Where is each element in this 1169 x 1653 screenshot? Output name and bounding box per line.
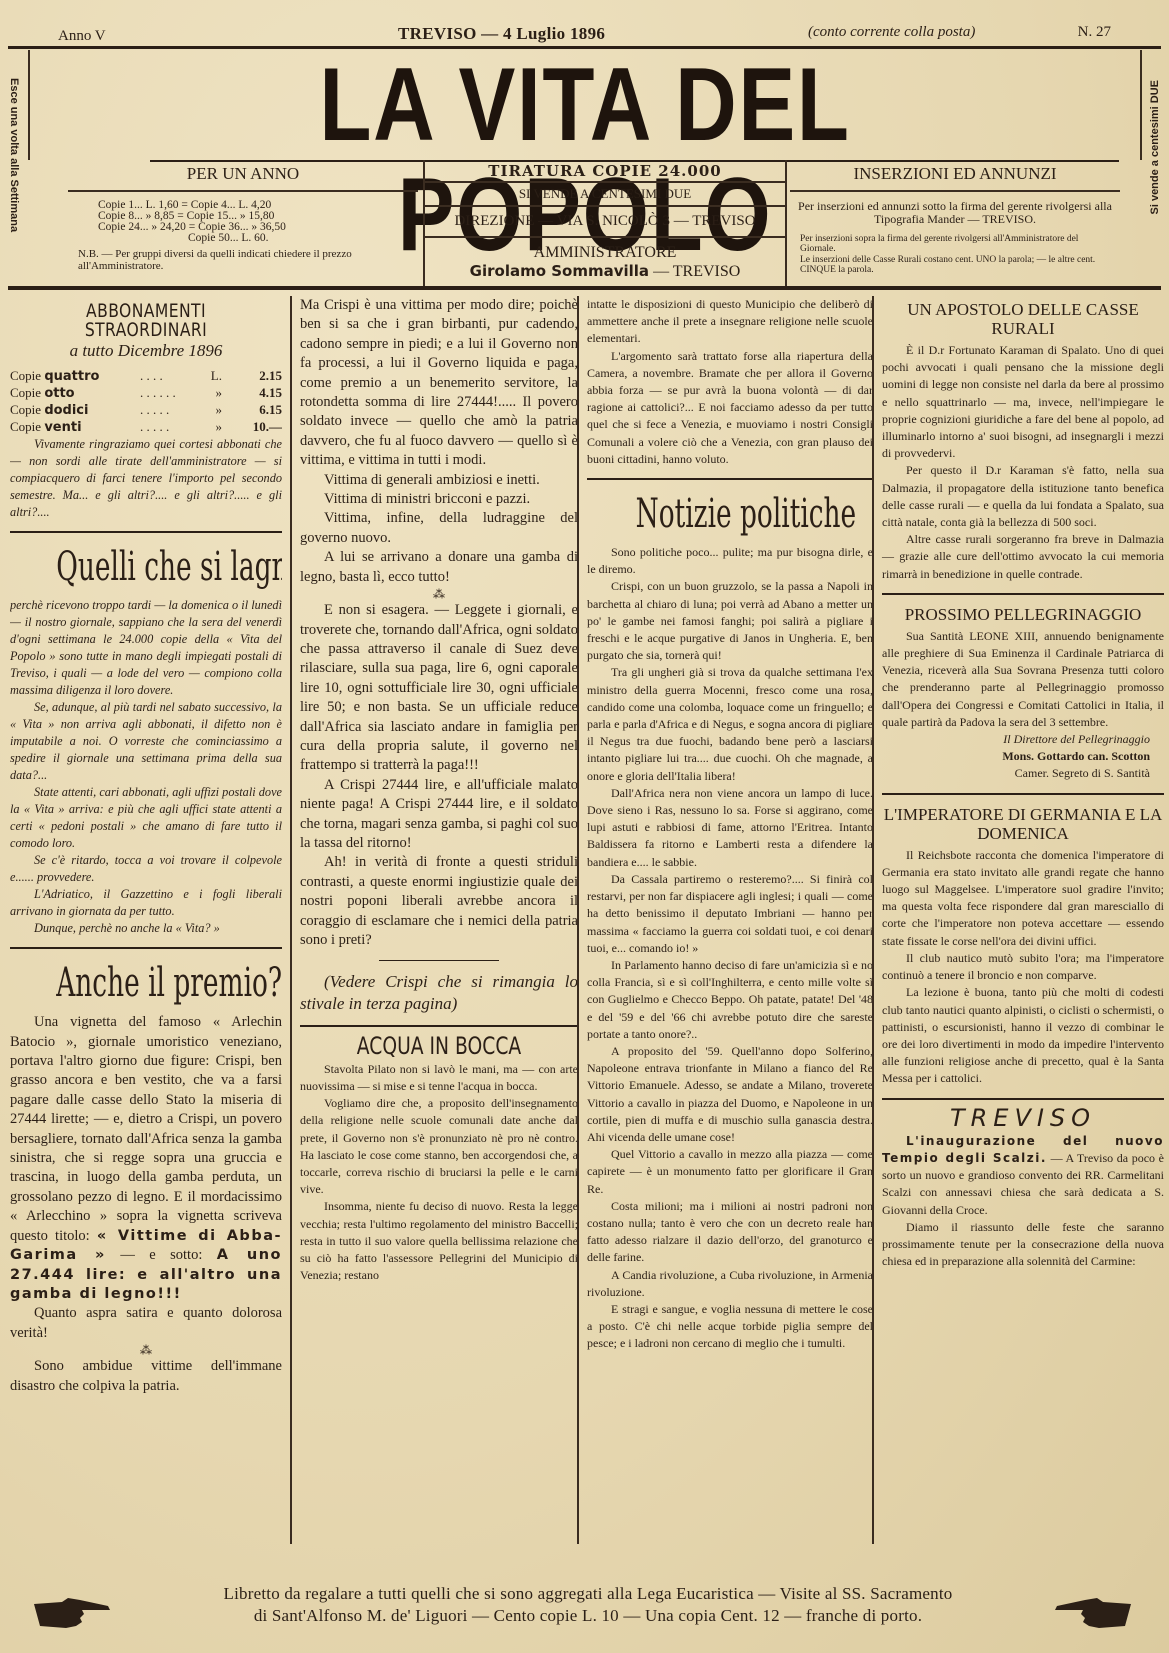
paragraph: Dall'Africa nera non viene ancora un lam…	[587, 785, 873, 871]
paragraph: Se c'è ritardo, tocca a voi trovare il c…	[10, 852, 282, 886]
administrator-city: — TREVISO	[653, 263, 740, 280]
paragraph: Diamo il riassunto delle feste che saran…	[882, 1219, 1164, 1271]
signature-role: Camer. Segreto di S. Santità	[882, 765, 1164, 782]
paragraph: A proposito del '59. Quell'anno dopo Sol…	[587, 1043, 873, 1146]
insertions-heading: INSERZIONI ED ANNUNZI	[790, 160, 1120, 192]
frequency-note: Esce una volta alla Settimana	[8, 78, 20, 232]
sale-price: SI VENDE A CENTESIMI DUE	[425, 183, 785, 207]
date-line: TREVISO — 4 Luglio 1896	[398, 24, 605, 44]
paragraph: Vittima di generali ambiziosi e inetti.	[300, 471, 578, 490]
paragraph: Una vignetta del famoso « Arlechin Batoc…	[10, 1013, 282, 1304]
paragraph: Costa milioni; ma i milioni ai nostri pa…	[587, 1198, 873, 1267]
paragraph: L'inaugurazione del nuovo Tempio degli S…	[882, 1133, 1164, 1219]
article-subheading: a tutto Dicembre 1896	[10, 341, 282, 360]
paragraph: perchè ricevono troppo tardi — la domeni…	[10, 597, 282, 699]
article-heading: ABBONAMENTI STRAORDINARI	[34, 302, 257, 341]
divider	[882, 1098, 1164, 1100]
pointing-hand-icon	[1053, 1596, 1133, 1630]
administrator-name: Girolamo Sommavilla	[470, 262, 649, 280]
paragraph: Tra gli ungheri già si trova da qualche …	[587, 664, 873, 784]
paragraph: Per questo il D.r Karaman s'è fatto, nel…	[882, 462, 1164, 531]
paragraph: State attenti, cari abbonati, agli uffiz…	[10, 784, 282, 852]
paragraph: Vittima, infine, della ludraggine del go…	[300, 509, 578, 548]
paragraph: Quanto aspra satira e quanto dolorosa ve…	[10, 1304, 282, 1343]
price-note: Si vende a centesimi DUE	[1149, 80, 1161, 215]
column-1: ABBONAMENTI STRAORDINARI a tutto Dicembr…	[10, 296, 282, 1544]
divider	[10, 947, 282, 949]
insertions-text: Per inserzioni ed annunzi sotto la firma…	[790, 192, 1120, 228]
paragraph: Il club nautico mutò subito l'ora; ma l'…	[882, 950, 1164, 984]
article-heading: Notizie politiche	[636, 490, 825, 538]
insertions-box: INSERZIONI ED ANNUNZI Per inserzioni ed …	[790, 160, 1120, 286]
paragraph: Dunque, perchè no anche la « Vita? »	[10, 920, 282, 937]
asterism: ⁂	[300, 587, 578, 601]
direction-address: DIREZIONE — VIA S. NICOLÒ 3 — TREVISO	[425, 207, 785, 238]
paragraph: Ma Crispi è una vittima per modo dire; p…	[300, 296, 578, 471]
table-row: Copie dodici. . . . .»6.15	[10, 402, 282, 419]
main-rule	[8, 286, 1161, 290]
signature-title: Il Direttore del Pellegrinaggio	[882, 731, 1164, 748]
divider	[882, 793, 1164, 795]
paragraph: E stragi e sangue, e voglia nessuna di m…	[587, 1301, 873, 1353]
paragraph: Vogliamo dire che, a proposito dell'inse…	[300, 1095, 578, 1198]
circulation: TIRATURA COPIE 24.000	[425, 160, 785, 183]
table-row: Copie venti. . . . .»10.—	[10, 419, 282, 436]
paragraph: Sono politiche poco... pulite; ma pur bi…	[587, 544, 873, 578]
issue-info-line: Anno V TREVISO — 4 Luglio 1896 (conto co…	[58, 22, 1111, 46]
table-row: Copie otto. . . . . .»4.15	[10, 385, 282, 402]
asterism: ⁂	[10, 1343, 282, 1357]
paragraph: Il Reichsbote racconta che domenica l'im…	[882, 847, 1164, 950]
subscription-box: PER UN ANNO Copie 1... L. 1,60 = Copie 4…	[68, 160, 418, 286]
postal-note: (conto corrente colla posta)	[808, 24, 975, 41]
column-4: UN APOSTOLO DELLE CASSE RURALI È il D.r …	[872, 296, 1164, 1544]
section-heading: TREVISO	[882, 1110, 1164, 1127]
paragraph: Sua Santità LEONE XIII, annuendo benigna…	[882, 628, 1164, 731]
cross-reference-note: (Vedere Crispi che si rimangia lo stival…	[300, 971, 578, 1015]
paragraph: E non si esagera. — Leggete i giornali, …	[300, 601, 578, 776]
article-heading: PROSSIMO PELLEGRINAGGIO	[882, 605, 1164, 624]
divider	[10, 531, 282, 533]
paragraph: Da Cassala partiremo o resteremo?.... Si…	[587, 871, 873, 957]
paragraph: A lui se arrivano a donare una gamba di …	[300, 548, 578, 587]
administrator: AMMINISTRATORE Girolamo Sommavilla — TRE…	[425, 238, 785, 281]
divider	[882, 593, 1164, 595]
article-heading: UN APOSTOLO DELLE CASSE RURALI	[882, 300, 1164, 338]
paragraph: Altre casse rurali sorgeranno fra breve …	[882, 531, 1164, 583]
circulation-box: TIRATURA COPIE 24.000 SI VENDE A CENTESI…	[423, 160, 787, 286]
price-row: Copie 50... L. 60.	[98, 233, 412, 244]
masthead: LA VITA DEL POPOLO	[28, 50, 1142, 160]
info-row: PER UN ANNO Copie 1... L. 1,60 = Copie 4…	[28, 160, 1138, 286]
nb-note: N.B. — Per gruppi diversi da quelli indi…	[68, 244, 418, 272]
paragraph: Quel Vittorio a cavallo in mezzo alla pi…	[587, 1146, 873, 1198]
footer-line: Libretto da regalare a tutti quelli che …	[118, 1584, 1058, 1604]
issue-number: N. 27	[1078, 24, 1111, 41]
table-row: Copie quattro. . . .L.2.15	[10, 368, 282, 385]
pointing-hand-icon	[32, 1596, 112, 1630]
year-volume: Anno V	[58, 28, 106, 45]
paragraph: Insomma, niente fu deciso di nuovo. Rest…	[300, 1198, 578, 1284]
article-heading: Anche il premio?	[56, 959, 236, 1007]
paragraph: L'argomento sarà trattato forse alla ria…	[587, 348, 873, 468]
paragraph: Stavolta Pilato non si lavò le mani, ma …	[300, 1061, 578, 1095]
divider	[379, 960, 499, 961]
paragraph: Vittima di ministri bricconi e pazzi.	[300, 490, 578, 509]
signature-name: Mons. Gottardo can. Scotton	[882, 748, 1164, 765]
paragraph: A Crispi 27444 lire, e all'ufficiale mal…	[300, 776, 578, 854]
paragraph: Vivamente ringraziamo quei cortesi abbon…	[10, 436, 282, 521]
paragraph: In Parlamento hanno deciso di fare un'am…	[587, 957, 873, 1043]
article-heading: ACQUA IN BOCCA	[331, 1037, 548, 1056]
footer-line: di Sant'Alfonso M. de' Liguori — Cento c…	[118, 1606, 1058, 1626]
price-list: Copie 1... L. 1,60 = Copie 4... L. 4,20 …	[68, 192, 418, 244]
insertions-text: Le inserzioni delle Casse Rurali costano…	[790, 254, 1120, 275]
divider	[300, 1025, 578, 1027]
paragraph: A Candia rivoluzione, a Cuba rivoluzione…	[587, 1267, 873, 1301]
article-heading: Quelli che si lagnano	[56, 543, 236, 591]
paragraph: L'Adriatico, il Gazzettino e i fogli lib…	[10, 886, 282, 920]
paragraph: Ah! in verità di fronte a questi stridul…	[300, 853, 578, 950]
column-2: Ma Crispi è una vittima per modo dire; p…	[290, 296, 578, 1544]
paragraph: La lezione è buona, tanto più che molti …	[882, 984, 1164, 1087]
paragraph: Crispi, con un buon gruzzolo, se la pass…	[587, 578, 873, 664]
administrator-label: AMMINISTRATORE	[425, 244, 785, 262]
paragraph: Se, adunque, al più tardi nel sabato suc…	[10, 699, 282, 784]
paragraph: Sono ambidue vittime dell'immane disastr…	[10, 1357, 282, 1396]
footer-advert: Libretto da regalare a tutti quelli che …	[0, 1584, 1169, 1644]
column-3: intatte le disposizioni di questo Munici…	[577, 296, 873, 1544]
insertions-text: Per inserzioni sopra la firma del gerent…	[790, 228, 1120, 254]
subscription-heading: PER UN ANNO	[68, 160, 418, 192]
paragraph: È il D.r Fortunato Karaman di Spalato. U…	[882, 342, 1164, 462]
article-heading: L'IMPERATORE DI GERMANIA E LA DOMENICA	[882, 805, 1164, 843]
subscription-table: Copie quattro. . . .L.2.15 Copie otto. .…	[10, 368, 282, 436]
divider	[587, 478, 873, 480]
paragraph: intatte le disposizioni di questo Munici…	[587, 296, 873, 348]
